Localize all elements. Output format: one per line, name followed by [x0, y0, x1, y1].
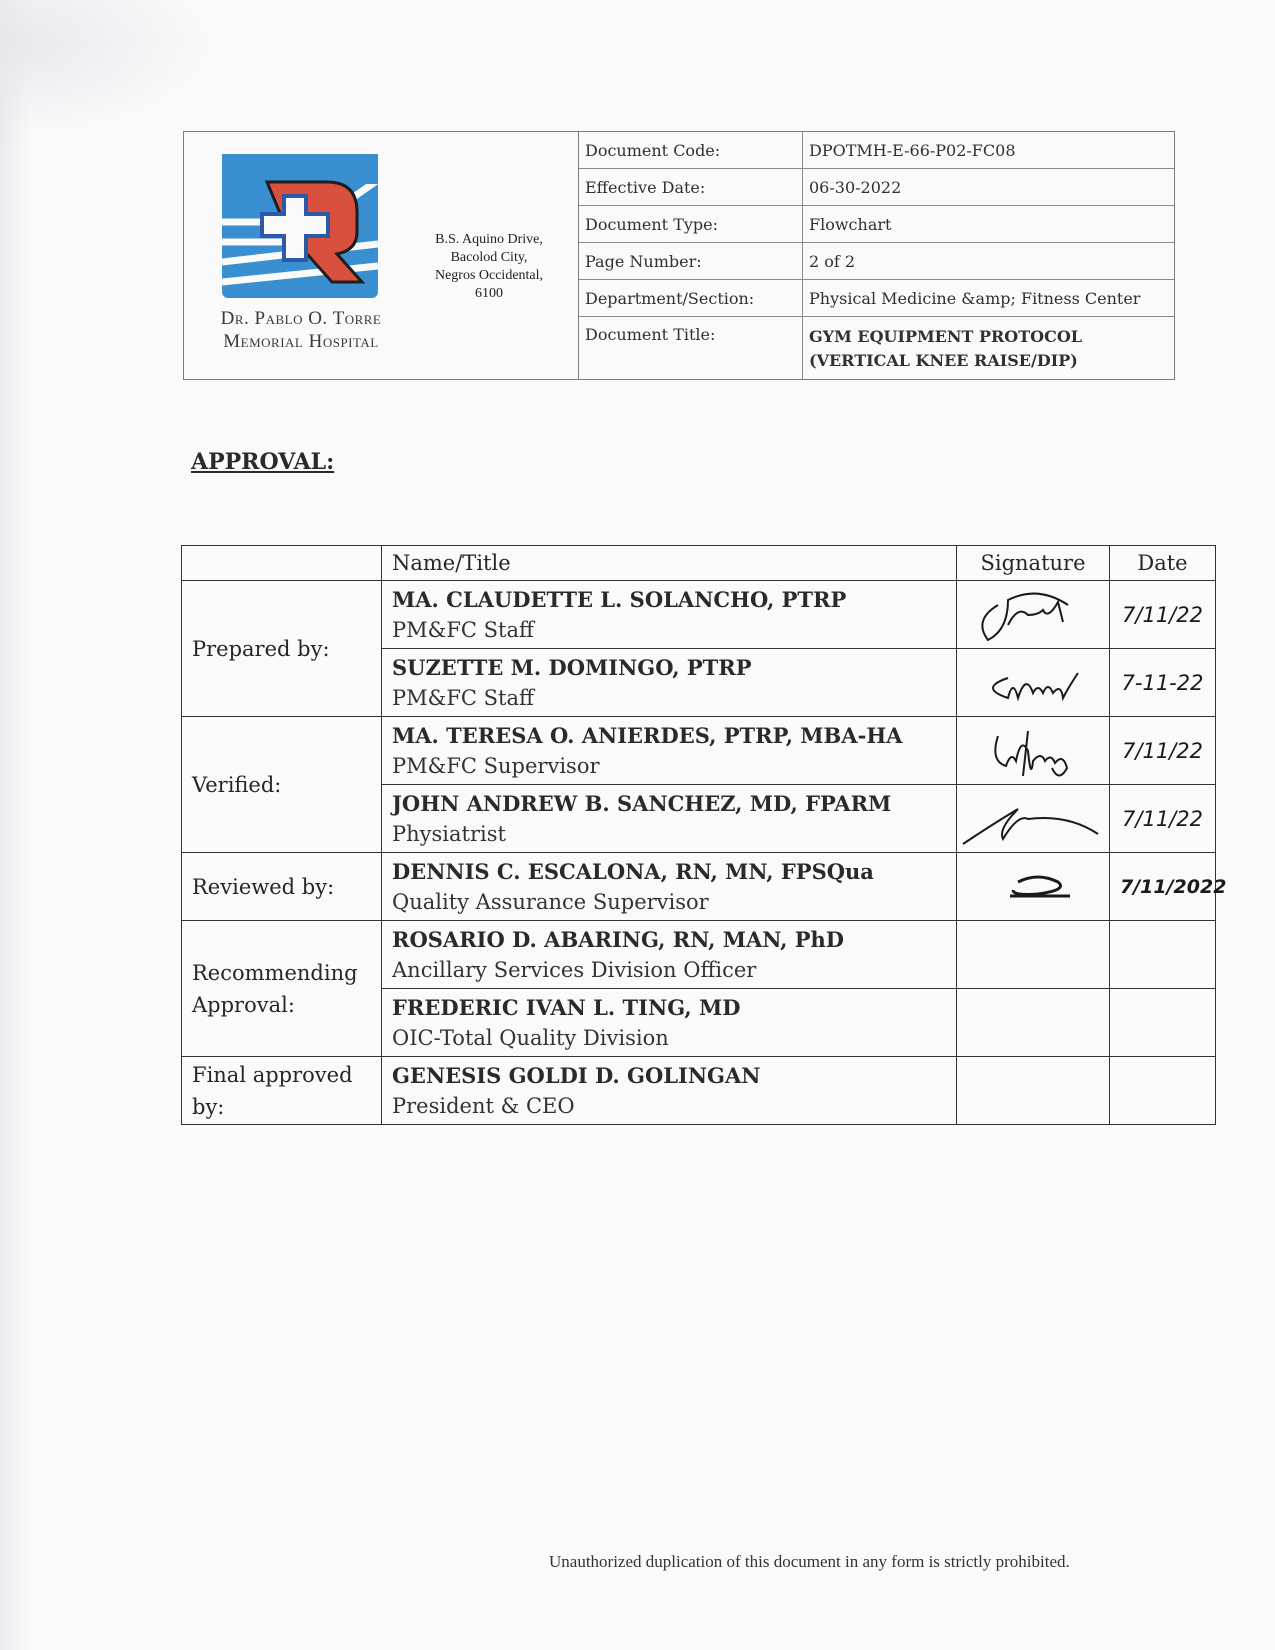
- person-title: PM&FC Supervisor: [392, 751, 946, 781]
- column-header-date: Date: [1110, 546, 1216, 581]
- approval-table: Name/Title Signature Date Prepared by: M…: [181, 545, 1216, 1125]
- column-header-role: [182, 546, 382, 581]
- signature-date: 7-11-22: [1110, 649, 1216, 717]
- person-title: PM&FC Staff: [392, 683, 946, 713]
- signature-cell: [957, 853, 1110, 921]
- person-name: MA. CLAUDETTE L. SOLANCHO, PTRP: [392, 585, 946, 615]
- name-title-cell: GENESIS GOLDI D. GOLINGAN President & CE…: [382, 1057, 957, 1125]
- field-label: Effective Date:: [579, 169, 803, 206]
- name-title-cell: MA. TERESA O. ANIERDES, PTRP, MBA-HA PM&…: [382, 717, 957, 785]
- table-row: Recommending Approval: ROSARIO D. ABARIN…: [182, 921, 1216, 989]
- table-row: Prepared by: MA. CLAUDETTE L. SOLANCHO, …: [182, 581, 1216, 649]
- name-title-cell: DENNIS C. ESCALONA, RN, MN, FPSQua Quali…: [382, 853, 957, 921]
- document-header: Dr. Pablo O. Torre Memorial Hospital B.S…: [183, 131, 1175, 380]
- name-title-cell: FREDERIC IVAN L. TING, MD OIC-Total Qual…: [382, 989, 957, 1057]
- table-row: Reviewed by: DENNIS C. ESCALONA, RN, MN,…: [182, 853, 1216, 921]
- hospital-address: B.S. Aquino Drive, Bacolod City, Negros …: [414, 231, 564, 303]
- person-name: JOHN ANDREW B. SANCHEZ, MD, FPARM: [392, 789, 946, 819]
- person-name: SUZETTE M. DOMINGO, PTRP: [392, 653, 946, 683]
- field-value: 06-30-2022: [803, 169, 1175, 206]
- field-label: Document Title:: [579, 317, 803, 380]
- person-title: Quality Assurance Supervisor: [392, 887, 946, 917]
- role-line1: Final approved: [192, 1059, 371, 1091]
- signature-date: 7/11/22: [1110, 581, 1216, 649]
- signature-cell-empty: [957, 989, 1110, 1057]
- signature-cell: [957, 581, 1110, 649]
- role-line1: Recommending: [192, 957, 371, 989]
- person-name: DENNIS C. ESCALONA, RN, MN, FPSQua: [392, 857, 946, 887]
- name-title-cell: MA. CLAUDETTE L. SOLANCHO, PTRP PM&FC St…: [382, 581, 957, 649]
- date-cell-empty: [1110, 921, 1216, 989]
- field-value: Flowchart: [803, 206, 1175, 243]
- signature-icon: [968, 585, 1098, 645]
- person-name: FREDERIC IVAN L. TING, MD: [392, 993, 946, 1023]
- footer-notice: Unauthorized duplication of this documen…: [549, 1552, 1070, 1572]
- field-label: Department/Section:: [579, 280, 803, 317]
- signature-cell: [957, 717, 1110, 785]
- signature-cell: [957, 785, 1110, 853]
- person-title: President & CEO: [392, 1091, 946, 1121]
- signature-icon: [968, 653, 1098, 713]
- signature-date: 7/11/22: [1110, 785, 1216, 853]
- info-row-document-code: Document Code: DPOTMH-E-66-P02-FC08: [579, 132, 1174, 169]
- field-value: DPOTMH-E-66-P02-FC08: [803, 132, 1175, 169]
- field-label: Document Code:: [579, 132, 803, 169]
- address-line: B.S. Aquino Drive,: [414, 231, 564, 249]
- field-value: Physical Medicine &amp; Fitness Center: [803, 280, 1175, 317]
- role-reviewed-by: Reviewed by:: [182, 853, 382, 921]
- person-name: GENESIS GOLDI D. GOLINGAN: [392, 1061, 946, 1091]
- field-value: 2 of 2: [803, 243, 1175, 280]
- role-recommending-approval: Recommending Approval:: [182, 921, 382, 1057]
- address-line: Bacolod City,: [414, 249, 564, 267]
- person-title: PM&FC Staff: [392, 615, 946, 645]
- hospital-identity: Dr. Pablo O. Torre Memorial Hospital B.S…: [184, 132, 579, 379]
- signature-cell: [957, 649, 1110, 717]
- signature-date: 7/11/2022: [1110, 853, 1216, 921]
- info-row-page-number: Page Number: 2 of 2: [579, 243, 1174, 280]
- role-line2: Approval:: [192, 989, 371, 1021]
- name-title-cell: ROSARIO D. ABARING, RN, MAN, PhD Ancilla…: [382, 921, 957, 989]
- signature-icon: [968, 862, 1098, 912]
- document-title: GYM EQUIPMENT PROTOCOL (VERTICAL KNEE RA…: [803, 317, 1175, 380]
- field-label: Document Type:: [579, 206, 803, 243]
- signature-icon: [958, 789, 1108, 849]
- person-title: Physiatrist: [392, 819, 946, 849]
- table-row: Final approved by: GENESIS GOLDI D. GOLI…: [182, 1057, 1216, 1125]
- document-info-table: Document Code: DPOTMH-E-66-P02-FC08 Effe…: [579, 132, 1174, 379]
- person-title: Ancillary Services Division Officer: [392, 955, 946, 985]
- column-header-signature: Signature: [957, 546, 1110, 581]
- hospital-name-line2: Memorial Hospital: [196, 330, 406, 353]
- document-title-line2: (VERTICAL KNEE RAISE/DIP): [809, 349, 1168, 373]
- field-label: Page Number:: [579, 243, 803, 280]
- column-header-name-title: Name/Title: [382, 546, 957, 581]
- person-name: MA. TERESA O. ANIERDES, PTRP, MBA-HA: [392, 721, 946, 751]
- person-title: OIC-Total Quality Division: [392, 1023, 946, 1053]
- signature-cell-empty: [957, 921, 1110, 989]
- info-row-department: Department/Section: Physical Medicine &a…: [579, 280, 1174, 317]
- scan-edge-shadow: [0, 0, 30, 1650]
- signature-cell-empty: [957, 1057, 1110, 1125]
- role-verified: Verified:: [182, 717, 382, 853]
- info-row-document-title: Document Title: GYM EQUIPMENT PROTOCOL (…: [579, 317, 1174, 380]
- name-title-cell: SUZETTE M. DOMINGO, PTRP PM&FC Staff: [382, 649, 957, 717]
- address-line: Negros Occidental,: [414, 267, 564, 285]
- hospital-name: Dr. Pablo O. Torre Memorial Hospital: [196, 307, 406, 353]
- address-line: 6100: [414, 285, 564, 303]
- signature-date: 7/11/22: [1110, 717, 1216, 785]
- person-name: ROSARIO D. ABARING, RN, MAN, PhD: [392, 925, 946, 955]
- role-line2: by:: [192, 1091, 371, 1123]
- approval-heading: APPROVAL:: [191, 449, 334, 475]
- document-title-line1: GYM EQUIPMENT PROTOCOL: [809, 325, 1168, 349]
- date-cell-empty: [1110, 1057, 1216, 1125]
- table-row: Verified: MA. TERESA O. ANIERDES, PTRP, …: [182, 717, 1216, 785]
- info-row-effective-date: Effective Date: 06-30-2022: [579, 169, 1174, 206]
- hospital-name-line1: Dr. Pablo O. Torre: [196, 307, 406, 330]
- role-final-approved-by: Final approved by:: [182, 1057, 382, 1125]
- signature-icon: [968, 721, 1098, 781]
- hospital-logo-icon: [222, 154, 378, 306]
- date-cell-empty: [1110, 989, 1216, 1057]
- name-title-cell: JOHN ANDREW B. SANCHEZ, MD, FPARM Physia…: [382, 785, 957, 853]
- approval-header-row: Name/Title Signature Date: [182, 546, 1216, 581]
- role-prepared-by: Prepared by:: [182, 581, 382, 717]
- scan-corner-shadow: [0, 0, 220, 140]
- info-row-document-type: Document Type: Flowchart: [579, 206, 1174, 243]
